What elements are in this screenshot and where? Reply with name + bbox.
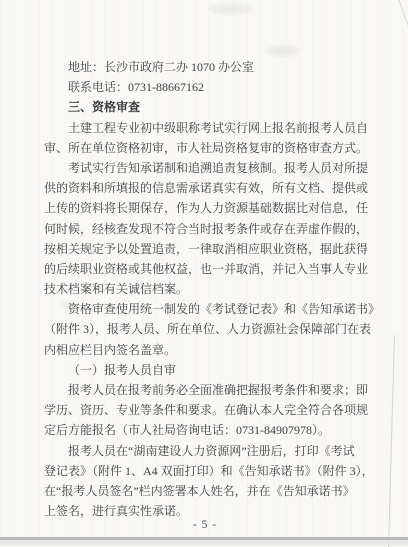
scanned-document-page: 地址：长沙市政府二办 1070 办公室 联系电话：0731-88667162 三…	[0, 0, 408, 545]
document-line: 土建工程专业初中级职称考试实行网上报名前报考人员自	[44, 118, 366, 138]
document-line: 按相关规定予以处置追责，一律取消相应职业资格，据此获得	[44, 239, 366, 259]
document-line: 定后方能报名（市人社局咨询电话：0731-84907978）。	[44, 420, 366, 440]
document-line: 考试实行告知承诺制和追溯追责复核制。报考人员对所提	[44, 158, 366, 178]
phone-line: 联系电话：0731-88667162	[44, 77, 366, 97]
document-line: 上传的资料将长期保存，作为人力资源基础数据比对信息，任	[44, 198, 366, 218]
scan-smudge	[208, 2, 254, 16]
document-line: 资格审查使用统一制发的《考试登记表》和《告知承诺书》	[44, 299, 366, 319]
page-right-edge	[388, 335, 395, 545]
document-line: 技术档案和有关诚信档案。	[44, 279, 366, 299]
document-line: 学历、资历、专业等条件和要求。在确认本人完全符合各项规	[44, 400, 366, 420]
subsection-heading: （一）报考人员自审	[44, 360, 366, 380]
document-line: 在“报考人员签名”栏内签署本人姓名，并在《告知承诺书》	[44, 481, 366, 501]
document-line: 报考人员在报考前务必全面准确把握报考条件和要求；即	[44, 380, 366, 400]
document-line: 的后续职业资格或其他权益，也一并取消，并记入当事人专业	[44, 259, 366, 279]
document-line: 审、所在单位资格初审，市人社局资格复审的资格审查方式。	[44, 138, 366, 158]
document-line: 供的资料和所填报的信息需承诺真实有效，所有文档、提供或	[44, 178, 366, 198]
address-line: 地址：长沙市政府二办 1070 办公室	[44, 57, 366, 77]
document-line: 内相应栏目内签名盖章。	[44, 340, 366, 360]
section-heading: 三、资格审查	[44, 97, 366, 117]
document-line: 报考人员在“湖南建设人力资源网”注册后，打印《考试	[44, 441, 366, 461]
document-line: 登记表》（附件 1、A4 双面打印）和《告知承诺书》（附件 3），	[44, 461, 366, 481]
page-number: - 5 -	[44, 519, 366, 531]
document-line: （附件 3），报考人员、所在单位、人力资源社会保障部门在表	[44, 319, 366, 339]
document-line: 何时候，经核查发现不符合当时报考条件或存在弄虚作假的，	[44, 219, 366, 239]
document-body: 地址：长沙市政府二办 1070 办公室 联系电话：0731-88667162 三…	[44, 57, 366, 521]
page-corner-edge	[397, 0, 408, 41]
scan-background-strip	[0, 540, 408, 545]
scan-smudge	[266, 44, 300, 58]
